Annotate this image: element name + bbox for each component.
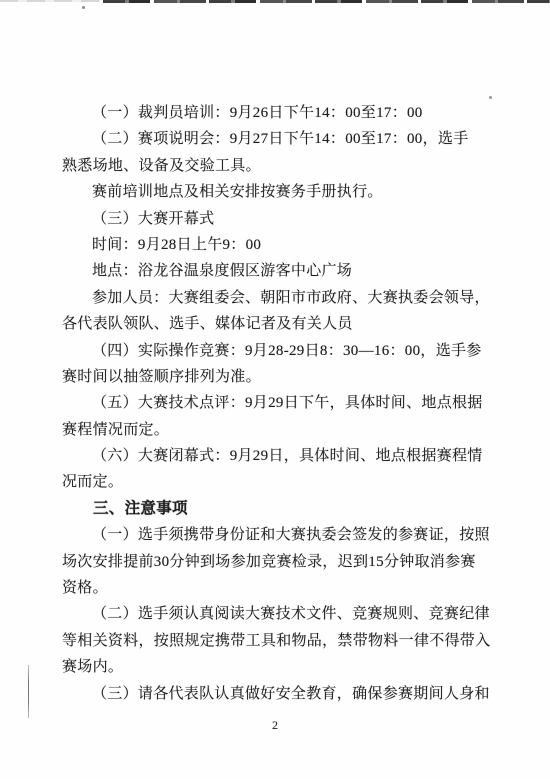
scan-artifact-top-edge-left (0, 0, 100, 2)
document-line: 各代表队领队、选手、媒体记者及有关人员 (62, 311, 498, 337)
document-line: 三、注意事项 (62, 496, 498, 522)
document-line: 场次安排提前30分钟到场参加竞赛检录，迟到15分钟取消参赛 (62, 549, 498, 575)
document-line: （四）实际操作竞赛：9月28-29日8：30—16：00，选手参 (62, 338, 498, 364)
document-line: （一）选手须携带身份证和大赛执委会签发的参赛证，按照 (62, 522, 498, 548)
document-line: 赛前培训地点及相关安排按赛务手册执行。 (62, 179, 498, 205)
document-line: 地点：浴龙谷温泉度假区游客中心广场 (62, 258, 498, 284)
document-line: 况而定。 (62, 469, 498, 495)
document-line: 参加人员：大赛组委会、朝阳市市政府、大赛执委会领导， (62, 285, 498, 311)
scan-artifact-dot-top (82, 6, 85, 9)
document-line: （三）请各代表队认真做好安全教育，确保参赛期间人身和 (62, 681, 498, 707)
document-line: （六）大赛闭幕式：9月29日，具体时间、地点根据赛程情 (62, 443, 498, 469)
document-line: （五）大赛技术点评：9月29日下午，具体时间、地点根据 (62, 390, 498, 416)
document-line: （二）赛项说明会：9月27日下午14：00至17：00，选手 (62, 126, 498, 152)
scan-artifact-dot-right (489, 96, 492, 99)
document-line: （一）裁判员培训：9月26日下午14：00至17：00 (62, 100, 498, 126)
document-page: （一）裁判员培训：9月26日下午14：00至17：00（二）赛项说明会：9月27… (0, 0, 550, 779)
document-line: 赛场内。 (62, 654, 498, 680)
document-line: （三）大赛开幕式 (62, 206, 498, 232)
document-line: 赛时间以抽签顺序排列为准。 (62, 364, 498, 390)
scan-artifact-vertical-line (28, 665, 29, 718)
document-line: （二）选手须认真阅读大赛技术文件、竞赛规则、竞赛纪律 (62, 601, 498, 627)
document-line: 赛程情况而定。 (62, 417, 498, 443)
document-body: （一）裁判员培训：9月26日下午14：00至17：00（二）赛项说明会：9月27… (62, 100, 498, 707)
scan-artifact-top-edge (103, 0, 550, 3)
document-line: 资格。 (62, 575, 498, 601)
document-line: 熟悉场地、设备及交验工具。 (62, 153, 498, 179)
document-line: 等相关资料，按照规定携带工具和物品，禁带物料一律不得带入 (62, 628, 498, 654)
page-number: 2 (0, 718, 550, 733)
document-line: 时间：9月28日上午9：00 (62, 232, 498, 258)
